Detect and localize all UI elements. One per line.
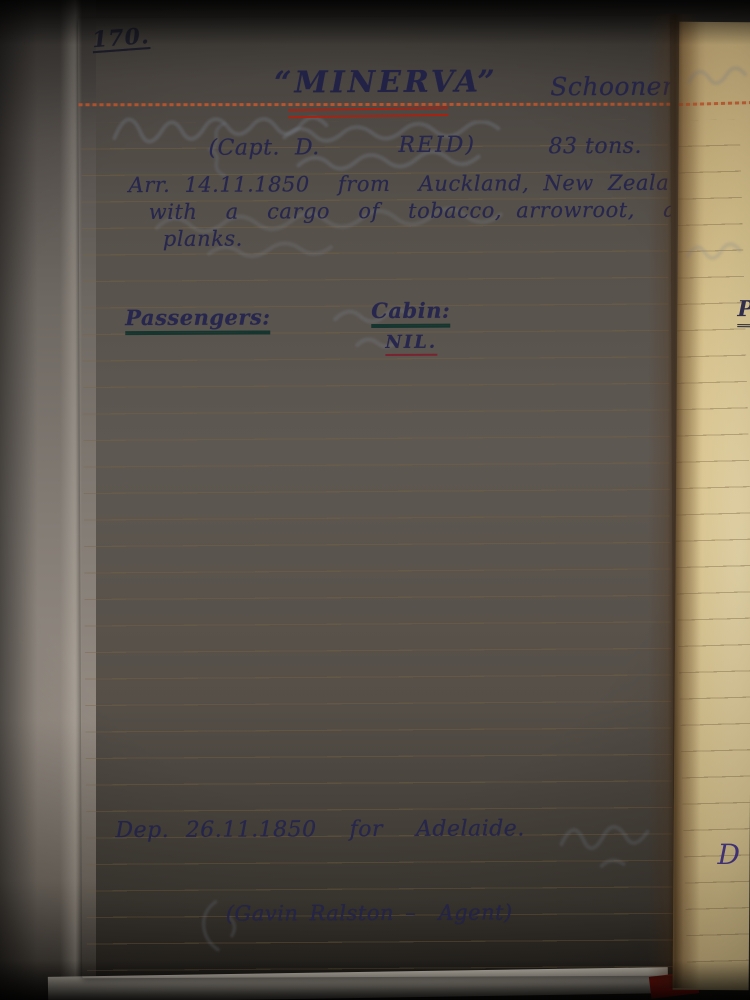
cabin-passengers-value: NIL. bbox=[385, 332, 437, 353]
ship-name-red-underline bbox=[288, 107, 448, 118]
departure-note: Dep. 26.11.1850 for Adelaide. bbox=[115, 816, 524, 843]
bleed-through-ghost-dep bbox=[551, 814, 661, 874]
photo-of-ledger: 170. “MINERVA” Schooner. (Capt. D. REID)… bbox=[0, 0, 750, 1000]
bleed-through-ghost-next-top bbox=[683, 58, 749, 98]
tonnage: 83 tons. bbox=[548, 134, 642, 159]
arrival-note: Arr. 14.11.1850 from Auckland, New Zeala… bbox=[129, 170, 675, 254]
ship-name: “MINERVA” bbox=[274, 65, 464, 101]
passengers-heading-text: Passengers: bbox=[125, 304, 270, 333]
red-stitch-line-next-page bbox=[679, 101, 750, 106]
cabin-heading: Cabin: bbox=[371, 298, 450, 323]
vessel-type: Schooner. bbox=[550, 72, 674, 102]
arrival-line-1: Arr. 14.11.1850 from Auckland, New Zeala… bbox=[129, 171, 675, 198]
arrival-line-2: with a cargo of tobacco, arrowroot, and bbox=[149, 197, 674, 226]
cabin-heading-text: Cabin: bbox=[371, 298, 450, 326]
agent-note: (Gavin Ralston – Agent) bbox=[226, 900, 513, 925]
captain-prefix: (Capt. D. bbox=[208, 135, 319, 160]
ledger-left-page: 170. “MINERVA” Schooner. (Capt. D. REID)… bbox=[78, 16, 674, 979]
arrival-line-3: planks. bbox=[163, 224, 674, 253]
next-page-partial-heading: P bbox=[737, 296, 750, 327]
page-number: 170. bbox=[91, 23, 150, 53]
captain-surname: REID) bbox=[398, 133, 476, 158]
ledger-next-page-sliver: P D bbox=[673, 22, 750, 991]
nil-text: NIL. bbox=[385, 332, 437, 356]
next-page-partial-letter: D bbox=[717, 838, 740, 871]
passengers-heading: Passengers: bbox=[125, 304, 270, 330]
bleed-through-ghost-next-mid bbox=[684, 234, 744, 270]
